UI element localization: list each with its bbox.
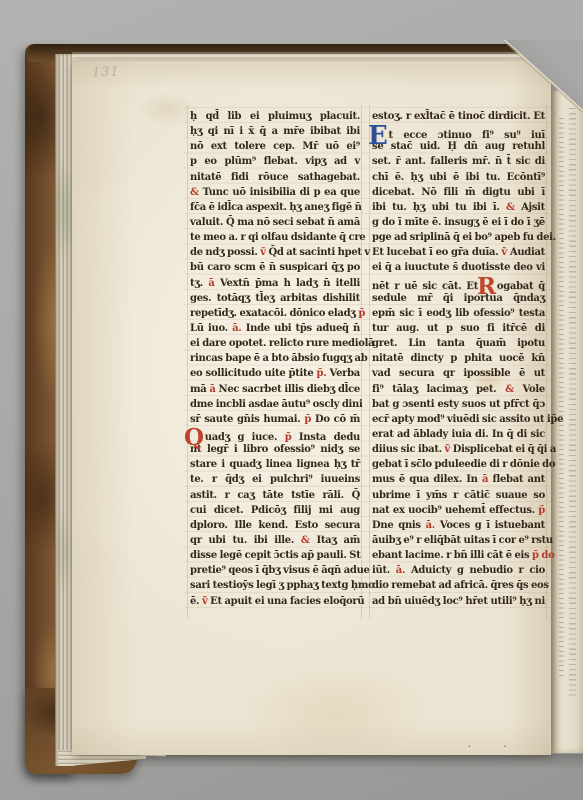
manuscript-line: sr̄ saute gn̄is humai. p̄ Do cō m̄ <box>190 414 360 429</box>
rubric-text: p̄ do <box>532 550 554 561</box>
body-text: ogabat q̄ <box>497 281 545 292</box>
body-text: g do ī mīte ē. insugʒ ē ei ī do ī ʒē <box>372 217 545 228</box>
rubric-text: ā. <box>396 565 411 576</box>
body-text: tur aug. ut p suo fi itr̄cē di <box>372 323 545 334</box>
body-text: astit. r caʒ tāte tstīe rāli. Q̄ <box>190 490 360 501</box>
body-text: bū caro scm ē n̄ suspicari q̄ʒ po <box>190 262 360 273</box>
manuscript-line: se stac̄ uid. Ḥ dn̄ aug retuhl <box>372 141 545 156</box>
body-text: sr̄ saute gn̄is humai. <box>190 414 304 425</box>
body-text: uadʒ g iuce. <box>205 432 285 443</box>
manuscript-line: pretie⁹ qeos ī q̄bʒ visus ē āqn̄ adue <box>190 565 360 580</box>
body-text: gebat ī sc̄lo pduleedie di r dōnie do <box>372 459 555 470</box>
manuscript-line: nēt r uē sic cāt. Et Rogabat q̄ <box>372 278 545 293</box>
manuscript-line: diius sic ibat. ṽ Displicebat ei q̄ q̄i … <box>372 444 545 459</box>
manuscript-line: ges. totāqʒ tl̄eʒ arbitas dishilit <box>190 293 360 308</box>
manuscript-line: Et lucebat ī eo gr̄a duīa. ṽ Audiat <box>372 247 545 262</box>
body-text: Do cō m̄ <box>315 414 360 425</box>
column-guide-line <box>369 105 370 619</box>
manuscript-line: ei dare opotet. relicto rure mediolā <box>190 338 360 353</box>
rubric-text: & <box>506 202 521 213</box>
body-text: pge ad sriplinā q̄ ei bo⁹ apeb fu dei. <box>372 232 556 243</box>
body-text: te. r q̄dʒ ei pulchri⁹ iuueins <box>190 474 360 485</box>
manuscript-line: ē. ṽ Et apuit ei una facies eloq̄orū <box>190 596 360 611</box>
body-text: valuit. Q̄ ma nō seci sebat n̄ amā <box>190 217 360 228</box>
body-text: dio remebat ad africā. q̄res q̄s eos <box>372 580 549 591</box>
manuscript-line: ḥʒ qi nī i x̄ q̄ a mr̄e ibibat ibi <box>190 126 360 141</box>
manuscript-line: Dne qnis ā. Voces g ī istuebant <box>372 520 545 535</box>
manuscript-line: gret. Lin tanta q̄uam̄ ipotu <box>372 338 545 353</box>
rubric-text: ṽ <box>202 596 210 607</box>
body-text: estoʒ. r exl̄tac̄ ē tinoc̄ dirdicit. Et <box>372 111 545 122</box>
manuscript-line: p eo plūm⁹ flebat. vipʒ ad v <box>190 156 360 171</box>
faint-folio-number: 131 <box>92 65 120 81</box>
body-text: mā <box>190 384 209 395</box>
body-text: rincas bape ē a bto ābsio fugqʒ ab <box>190 353 367 364</box>
manuscript-line: chī ē. ḥʒ ubi ē ibi tu. Ecōntī⁹ <box>372 172 545 187</box>
body-text: dploro. Ille kend. Esto secura <box>190 520 360 531</box>
manuscript-line: bat g ɔsenti esty suos ut pfr̄ct q̄ɔ <box>372 399 545 414</box>
body-text: cui dicet. Pdicōʒ filij mi aug <box>190 505 360 516</box>
manuscript-line: āuibʒ e⁹ r eliq̄bāt uitas ī cor e⁹ rstu <box>372 535 545 550</box>
body-text: Itaʒ am̄ <box>316 535 360 546</box>
body-text: diius sic ibat. <box>372 444 445 455</box>
body-text: fi⁹ tālaʒ lacimaʒ pet. <box>372 384 505 395</box>
underlying-page-text-specks <box>559 118 564 678</box>
rubric-text: p̄ <box>538 505 545 516</box>
body-text: ubrime ī ym̄s r cātic̄ suaue so <box>372 490 545 501</box>
body-text: se stac̄ uid. Ḥ dn̄ aug retuhl <box>372 141 545 152</box>
manuscript-line: vad secura qr ipossible ē ut <box>372 368 545 383</box>
manuscript-line: tur aug. ut p suo fi itr̄cē di <box>372 323 545 338</box>
body-text: flebat ant <box>492 474 545 485</box>
body-text: t ecce ɔtinuo fi⁹ su⁹ iuī <box>389 130 545 141</box>
body-text: Q̄d at sacinti hpet v <box>268 247 369 258</box>
manuscript-line: ecr̄ apty mod⁹ viuēdi sic assito ut ip̄e <box>372 414 545 429</box>
text-column-left: ḥ qd̄ lib ei pluimuʒ placuit.ḥʒ qi nī i … <box>190 111 360 611</box>
body-text: disse legē cepit ɔ̄ctis ap̄ pauli. St <box>190 550 361 561</box>
manuscript-line: pge ad sriplinā q̄ ei bo⁹ apeb fu dei. <box>372 232 545 247</box>
body-text: Audiat <box>510 247 545 258</box>
manuscript-line: Lū iuo. ā. Inde ubi tp̄s adueq̄ n̄ <box>190 323 360 338</box>
rubric-text: p̄ <box>358 308 365 319</box>
manuscript-line: fi⁹ tālaʒ lacimaʒ pet. & Vole <box>372 384 545 399</box>
manuscript-line: nitatē dincty p phita uocē kn̄ <box>372 353 545 368</box>
body-text: epm̄ sic ī eodʒ lib ofessio⁹ testa <box>372 308 545 319</box>
manuscript-line: dio remebat ad africā. q̄res q̄s eos <box>372 580 545 595</box>
body-text: Displicebat ei q̄ q̄i a <box>453 444 556 455</box>
manuscript-line: mus ē qua dilex. In ā flebat ant <box>372 474 545 489</box>
body-text: te meo a. r qi olfau dsidante q̄ cre <box>190 232 365 243</box>
manuscript-line: sari testioȳs legī ʒ pphaʒ textg ḥmo <box>190 580 360 595</box>
body-text: vad secura qr ipossible ē ut <box>372 368 545 379</box>
body-text: nēt r uē sic cāt. Et <box>372 281 483 292</box>
body-text: Inde ubi tp̄s adueq̄ n̄ <box>246 323 360 334</box>
rubric-text: ṽ <box>445 444 453 455</box>
body-text: Voces g ī istuebant <box>440 520 545 531</box>
manuscript-line: valuit. Q̄ ma nō seci sebat n̄ amā <box>190 217 360 232</box>
illuminated-initial: Q <box>184 424 204 451</box>
manuscript-line: nō ext tolere cep. Mr̄ uō ei⁹ <box>190 141 360 156</box>
manuscript-line: ibi tu. ḥʒ ubi tu ibi ī. & Ajsit <box>372 202 545 217</box>
body-text: Vole <box>523 384 545 395</box>
manuscript-line: ebant lacime. r bn̄ illi cāt ē eis p̄ do <box>372 550 545 565</box>
body-text: nitatē fidi rōuce sathagebat. <box>190 172 360 183</box>
manuscript-line: sedule mr̄ q̄i iportua q̄ndaʒ <box>372 293 545 308</box>
body-text: ei dare opotet. relicto rure mediolā <box>190 338 374 349</box>
body-text: Insta dedu <box>299 432 360 443</box>
manuscript-line: set. r̄ ant. falleris mr̄. n̄ t̄ sic di <box>372 156 545 171</box>
body-text: ē. <box>190 596 202 607</box>
manuscript-line: bū caro scm ē n̄ suspicari q̄ʒ po <box>190 262 360 277</box>
illuminated-initial: E <box>368 121 388 151</box>
manuscript-line: ei q̄ a iuuctute s̄ duotisste deo vi <box>372 262 545 277</box>
manuscript-line: & Tunc uō inisibilia di p ea que <box>190 187 360 202</box>
manuscript-line: te meo a. r qi olfau dsidante q̄ cre <box>190 232 360 247</box>
body-text: ebant lacime. r bn̄ illi cāt ē eis <box>372 550 532 561</box>
manuscript-line: g do ī mīte ē. insugʒ ē ei ī do ī ʒē <box>372 217 545 232</box>
manuscript-line: cui dicet. Pdicōʒ filij mi aug <box>190 505 360 520</box>
parchment-page: 131 ḥ qd̄ lib ei pluimuʒ placuit.ḥʒ qi n… <box>72 60 551 755</box>
column-guide-line <box>187 105 188 619</box>
manuscript-line: dicebat. Nō fili m̄ digtu ubi ī <box>372 187 545 202</box>
rubric-text: ṽ <box>501 247 510 258</box>
body-text: Dne qnis <box>372 520 426 531</box>
body-text: fc̄a ē idl̄ca aspexit. ḥʒ aneʒ figē n̄ <box>190 202 362 213</box>
body-text: p eo plūm⁹ flebat. vipʒ ad v <box>190 156 360 167</box>
body-text: eo sollicitudo uite p̄tite <box>190 368 317 379</box>
body-text: Et apuit ei una facies eloq̄orū <box>210 596 364 607</box>
manuscript-line: ad bn̄ uiuēdʒ loc⁹ hr̄et utili⁹ ḥʒ ni <box>372 596 545 611</box>
manuscript-line: eo sollicitudo uite p̄tite p̄. Verba <box>190 368 360 383</box>
body-text: sedule mr̄ q̄i iportua q̄ndaʒ <box>372 293 545 304</box>
body-text: ḥ qd̄ lib ei pluimuʒ placuit. <box>190 111 360 122</box>
body-text: iūt. <box>372 565 396 576</box>
rubric-text: ā <box>208 278 220 289</box>
body-text: gret. Lin tanta q̄uam̄ ipotu <box>372 338 545 349</box>
body-text: sari testioȳs legī ʒ pphaʒ textg ḥmo <box>190 580 375 591</box>
rubric-text: p̄ <box>304 414 315 425</box>
body-text: Vextn̄ p̄ma h ladʒ n̄ itelli <box>220 278 360 289</box>
rubric-text: ā. <box>232 323 246 334</box>
body-text: qr ubi tu. ibi ille. <box>190 535 301 546</box>
body-text: nt legr̄ i libro ofessio⁹ nidʒ se <box>190 444 360 455</box>
manuscript-line: qr ubi tu. ibi ille. & Itaʒ am̄ <box>190 535 360 550</box>
body-text: mus ē qua dilex. In <box>372 474 482 485</box>
body-text: pretie⁹ qeos ī q̄bʒ visus ē āqn̄ adue <box>190 565 370 576</box>
body-text: Tunc uō inisibilia di p ea que <box>203 187 360 198</box>
manuscript-line: tʒ. ā Vextn̄ p̄ma h ladʒ n̄ itelli <box>190 278 360 293</box>
body-text: ges. totāqʒ tl̄eʒ arbitas dishilit <box>190 293 360 304</box>
manuscript-line: nt legr̄ i libro ofessio⁹ nidʒ se <box>190 444 360 459</box>
manuscript-line: repetīdʒ. exatacōi. dōnico eladʒ p̄ <box>190 308 360 323</box>
manuscript-line: nitatē fidi rōuce sathagebat. <box>190 172 360 187</box>
manuscript-photo: 131 ḥ qd̄ lib ei pluimuʒ placuit.ḥʒ qi n… <box>0 0 583 800</box>
manuscript-line: nat ex uocib⁹ uehemt̄ effectus. p̄ <box>372 505 545 520</box>
body-text: Ajsit <box>521 202 545 213</box>
rubric-text: & <box>190 187 203 198</box>
body-text: nō ext tolere cep. Mr̄ uō ei⁹ <box>190 141 360 152</box>
body-text: repetīdʒ. exatacōi. dōnico eladʒ <box>190 308 358 319</box>
body-text: nitatē dincty p phita uocē kn̄ <box>372 353 545 364</box>
rubric-text: p̄ <box>285 432 299 443</box>
body-text: bat g ɔsenti esty suos ut pfr̄ct q̄ɔ <box>372 399 545 410</box>
manuscript-line: gebat ī sc̄lo pduleedie di r dōnie do <box>372 459 545 474</box>
body-text: Et lucebat ī eo gr̄a duīa. <box>372 247 501 258</box>
manuscript-line: disse legē cepit ɔ̄ctis ap̄ pauli. St <box>190 550 360 565</box>
manuscript-line: Quadʒ g iuce. p̄ Insta dedu <box>190 429 360 444</box>
quire-signature-marks: · · <box>468 741 521 751</box>
manuscript-line: ubrime ī ym̄s r cātic̄ suaue so <box>372 490 545 505</box>
manuscript-line: de ndʒ possi. ṽ Q̄d at sacinti hpet v <box>190 247 360 262</box>
body-text: Lū iuo. <box>190 323 232 334</box>
body-text: āuibʒ e⁹ r eliq̄bāt uitas ī cor e⁹ rstu <box>372 535 553 546</box>
body-text: ei q̄ a iuuctute s̄ duotisste deo vi <box>372 262 545 273</box>
manuscript-line: dploro. Ille kend. Esto secura <box>190 520 360 535</box>
body-text: ecr̄ apty mod⁹ viuēdi sic assito ut ip̄e <box>372 414 563 425</box>
illuminated-initial: R <box>477 273 496 300</box>
body-text: set. r̄ ant. falleris mr̄. n̄ t̄ sic di <box>372 156 545 167</box>
body-text: tʒ. <box>190 278 208 289</box>
manuscript-line: astit. r caʒ tāte tstīe rāli. Q̄ <box>190 490 360 505</box>
body-text: erat ad āblady iuia di. In q̄ di sic <box>372 429 545 440</box>
book-drop-shadow <box>128 754 583 772</box>
manuscript-line: stare i quadʒ linea lignea ḥʒ tr̄ <box>190 459 360 474</box>
manuscript-line: mā ā Nec sacrbet illis diebʒ dl̄ce <box>190 384 360 399</box>
body-text: dme incbli asdae āutu⁹ oscly dini <box>190 399 363 410</box>
rubric-text: & <box>505 384 522 395</box>
underlying-page-text-specks <box>569 108 576 698</box>
body-text: ḥʒ qi nī i x̄ q̄ a mr̄e ibibat ibi <box>190 126 360 137</box>
body-text: de ndʒ possi. <box>190 247 260 258</box>
rubric-text: p̄. <box>317 368 330 379</box>
body-text: Verba <box>330 368 360 379</box>
manuscript-line: fc̄a ē idl̄ca aspexit. ḥʒ aneʒ figē n̄ <box>190 202 360 217</box>
manuscript-line: Et ecce ɔtinuo fi⁹ su⁹ iuī <box>372 126 545 141</box>
body-text: ibi tu. ḥʒ ubi tu ibi ī. <box>372 202 506 213</box>
body-text: Nec sacrbet illis diebʒ dl̄ce <box>219 384 360 395</box>
body-text: ad bn̄ uiuēdʒ loc⁹ hr̄et utili⁹ ḥʒ ni <box>372 596 545 607</box>
manuscript-line: epm̄ sic ī eodʒ lib ofessio⁹ testa <box>372 308 545 323</box>
rubric-text: ā <box>482 474 493 485</box>
body-text: Aduicty g nebudio r cio <box>411 565 545 576</box>
manuscript-line: erat ad āblady iuia di. In q̄ di sic <box>372 429 545 444</box>
manuscript-line: ḥ qd̄ lib ei pluimuʒ placuit. <box>190 111 360 126</box>
manuscript-line: rincas bape ē a bto ābsio fugqʒ ab <box>190 353 360 368</box>
manuscript-line: te. r q̄dʒ ei pulchri⁹ iuueins <box>190 474 360 489</box>
rubric-text: & <box>301 535 317 546</box>
manuscript-line: dme incbli asdae āutu⁹ oscly dini <box>190 399 360 414</box>
text-column-right: estoʒ. r exl̄tac̄ ē tinoc̄ dirdicit. EtE… <box>372 111 545 611</box>
manuscript-line: estoʒ. r exl̄tac̄ ē tinoc̄ dirdicit. Et <box>372 111 545 126</box>
body-text: nat ex uocib⁹ uehemt̄ effectus. <box>372 505 538 516</box>
rubric-text: ā <box>209 384 218 395</box>
body-text: dicebat. Nō fili m̄ digtu ubi ī <box>372 187 545 198</box>
body-text: chī ē. ḥʒ ubi ē ibi tu. Ecōntī⁹ <box>372 172 545 183</box>
manuscript-line: iūt. ā. Aduicty g nebudio r cio <box>372 565 545 580</box>
rubric-text: ā. <box>426 520 440 531</box>
body-text: stare i quadʒ linea lignea ḥʒ tr̄ <box>190 459 360 470</box>
